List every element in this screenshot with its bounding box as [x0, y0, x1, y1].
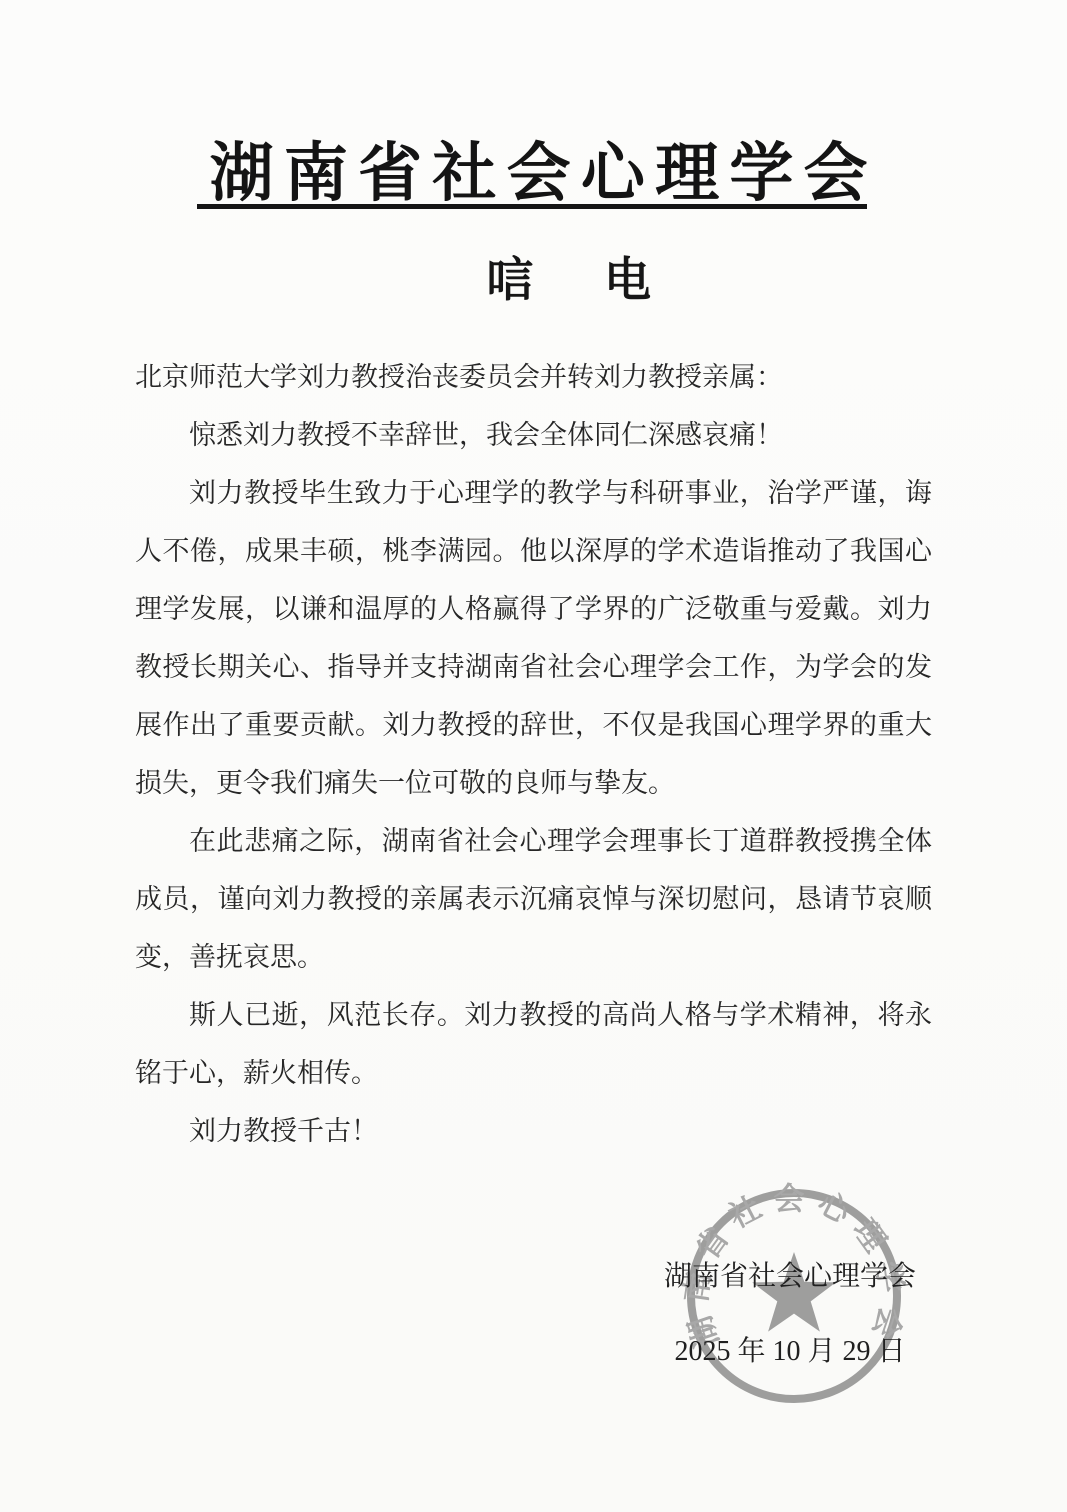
- salutation-line: 北京师范大学刘力教授治丧委员会并转刘力教授亲属：: [135, 348, 932, 406]
- body-paragraph: 惊悉刘力教授不幸辞世，我会全体同仁深感哀痛！: [135, 406, 932, 464]
- body-paragraph: 刘力教授毕生致力于心理学的教学与科研事业，治学严谨，诲人不倦，成果丰硕，桃李满园…: [135, 464, 932, 812]
- scanned-document-page: 湖南省社会心理学会 唁电 北京师范大学刘力教授治丧委员会并转刘力教授亲属： 惊悉…: [0, 0, 1067, 1512]
- body-paragraph: 斯人已逝，风范长存。刘力教授的高尚人格与学术精神，将永铭于心，薪火相传。: [135, 986, 932, 1102]
- signature-org-name: 湖南省社会心理学会: [615, 1254, 965, 1294]
- signature-block: 湖南省社会心理学会 2025 年 10 月 29 日: [615, 1254, 965, 1369]
- signature-date: 2025 年 10 月 29 日: [615, 1329, 965, 1369]
- letterhead-divider-rule: [197, 204, 867, 209]
- document-title: 唁电: [0, 243, 1067, 310]
- document-body: 北京师范大学刘力教授治丧委员会并转刘力教授亲属： 惊悉刘力教授不幸辞世，我会全体…: [135, 348, 932, 1160]
- letterhead-org-name: 湖南省社会心理学会: [0, 122, 1067, 214]
- body-paragraph: 在此悲痛之际，湖南省社会心理学会理事长丁道群教授携全体成员，谨向刘力教授的亲属表…: [135, 812, 932, 986]
- body-paragraph: 刘力教授千古！: [135, 1102, 932, 1160]
